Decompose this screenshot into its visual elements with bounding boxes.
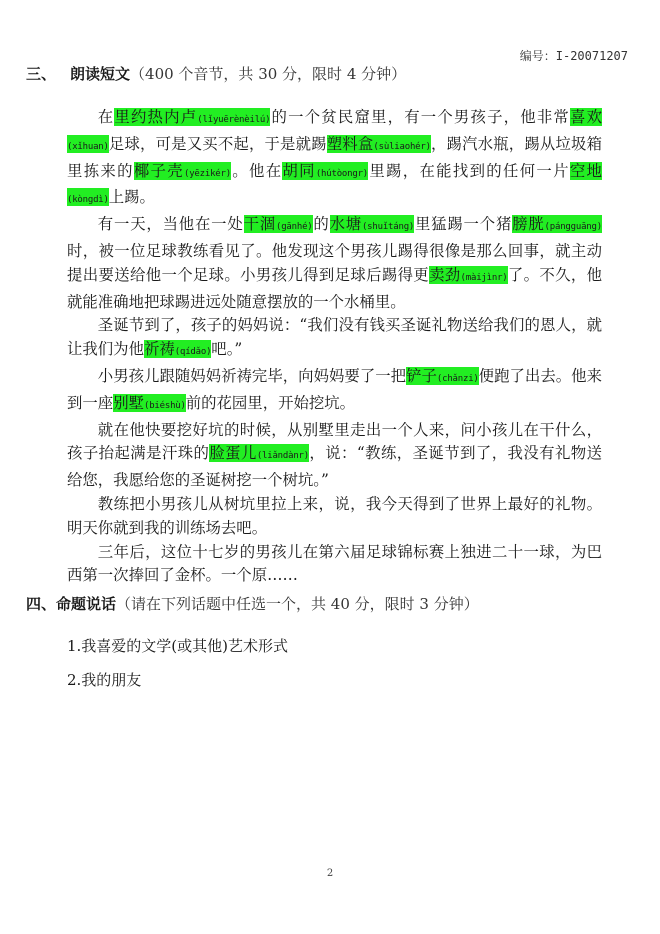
passage-paragraph: 教练把小男孩儿从树坑里拉上来，说，我今天得到了世界上最好的礼物。明天你就到我的训… — [67, 493, 602, 541]
pinyin-annotation: (kòngdì) — [67, 195, 109, 205]
passage-text: 前的花园里，开始挖坑。 — [186, 394, 355, 412]
highlighted-word-text: 水塘 — [330, 215, 362, 233]
passage-text: 。他在 — [231, 162, 282, 180]
highlighted-word-text: 膀胱 — [512, 215, 544, 233]
pinyin-annotation: (chǎnzi) — [437, 374, 479, 384]
highlighted-word: 卖劲(màijìnr) — [429, 266, 507, 284]
highlighted-word: 铲子(chǎnzi) — [406, 367, 479, 385]
highlighted-word-text: 里约热内卢 — [114, 108, 197, 126]
reading-passage: 在里约热内卢(lǐyuērènèilú)的一个贫民窟里，有一个男孩子，他非常喜欢… — [67, 106, 602, 588]
highlighted-word-text: 祈祷 — [144, 340, 175, 358]
pinyin-annotation: (liǎndànr) — [257, 451, 309, 461]
passage-text: 小男孩儿跟随妈妈祈祷完毕，向妈妈要了一把 — [98, 367, 406, 385]
passage-text: 教练把小男孩儿从树坑里拉上来，说，我今天得到了世界上最好的礼物。明天你就到我的训… — [67, 495, 602, 537]
topic-item: 1.我喜爱的文学(或其他)艺术形式 — [67, 636, 288, 656]
section-3-title: 三、朗读短文（400 个音节，共 30 分，限时 4 分钟） — [26, 64, 406, 84]
passage-text: 的一个贫民窟里，有一个男孩子，他非常 — [270, 108, 570, 126]
passage-paragraph: 小男孩儿跟随妈妈祈祷完毕，向妈妈要了一把铲子(chǎnzi)便跑了出去。他来到一… — [67, 365, 602, 419]
section-4-number: 四、 — [26, 595, 56, 613]
highlighted-word-text: 别墅 — [113, 394, 144, 412]
pinyin-annotation: (lǐyuērènèilú) — [197, 115, 270, 125]
section-4-heading: 命题说话 — [56, 595, 116, 613]
highlighted-word-text: 铲子 — [406, 367, 437, 385]
highlighted-word: 膀胱(pángguāng) — [512, 215, 602, 233]
topic-list: 1.我喜爱的文学(或其他)艺术形式 2.我的朋友 — [67, 636, 288, 704]
passage-text: 在 — [98, 108, 115, 126]
highlighted-word-text: 胡同 — [282, 162, 315, 180]
highlighted-word-text: 干涸 — [244, 215, 276, 233]
highlighted-word: 胡同(hútòongr) — [282, 162, 368, 180]
passage-text: 里猛踢一个猪 — [414, 215, 512, 233]
highlighted-word: 里约热内卢(lǐyuērènèilú) — [114, 108, 270, 126]
passage-paragraph: 在里约热内卢(lǐyuērènèilú)的一个贫民窟里，有一个男孩子，他非常喜欢… — [67, 106, 602, 213]
passage-text: 三年后，这位十七岁的男孩儿在第六届足球锦标赛上独进二十一球，为巴西第一次捧回了金… — [67, 543, 602, 585]
page-number: 2 — [0, 868, 660, 879]
passage-text: 上踢。 — [109, 188, 155, 206]
highlighted-word-text: 脸蛋儿 — [209, 444, 256, 462]
highlighted-word: 塑料盒(sùliaohér) — [327, 135, 431, 153]
pinyin-annotation: (yēzikér) — [184, 169, 231, 179]
pinyin-annotation: (qídǎo) — [175, 347, 212, 357]
highlighted-word: 水塘(shuǐtáng) — [330, 215, 415, 233]
passage-paragraph: 有一天，当他在一处干涸(gānhé)的水塘(shuǐtáng)里猛踢一个猪膀胱(… — [67, 213, 602, 314]
pinyin-annotation: (biéshù) — [144, 401, 186, 411]
pinyin-annotation: (sùliaohér) — [373, 142, 430, 152]
pinyin-annotation: (shuǐtáng) — [362, 222, 414, 232]
highlighted-word-text: 喜欢 — [570, 108, 602, 126]
passage-paragraph: 圣诞节到了，孩子的妈妈说：“我们没有钱买圣诞礼物送给我们的恩人，就让我们为他祈祷… — [67, 314, 602, 365]
highlighted-word: 椰子壳(yēzikér) — [134, 162, 231, 180]
passage-text: 里踢，在能找到的任何一片 — [368, 162, 570, 180]
highlighted-word-text: 椰子壳 — [134, 162, 184, 180]
pinyin-annotation: (gānhé) — [276, 222, 313, 232]
highlighted-word: 别墅(biéshù) — [113, 394, 186, 412]
highlighted-word-text: 塑料盒 — [327, 135, 374, 153]
pinyin-annotation: (xǐhuan) — [67, 142, 109, 152]
section-3-heading: 朗读短文 — [70, 65, 130, 83]
highlighted-word-text: 空地 — [570, 162, 602, 180]
highlighted-word: 干涸(gānhé) — [244, 215, 313, 233]
passage-text: 足球，可是又买不起，于是就踢 — [109, 135, 327, 153]
highlighted-word: 祈祷(qídǎo) — [144, 340, 211, 358]
section-3-note: （400 个音节，共 30 分，限时 4 分钟） — [130, 65, 406, 83]
passage-text: 有一天，当他在一处 — [98, 215, 244, 233]
pinyin-annotation: (màijìnr) — [461, 273, 508, 283]
pinyin-annotation: (pángguāng) — [545, 222, 602, 232]
highlighted-word-text: 卖劲 — [429, 266, 460, 284]
pinyin-annotation: (hútòongr) — [316, 169, 368, 179]
document-serial-number: 编号：I-20071207 — [520, 47, 628, 64]
section-3-number: 三、 — [26, 65, 56, 83]
section-4-title: 四、命题说话（请在下列话题中任选一个，共 40 分，限时 3 分钟） — [26, 594, 479, 614]
section-4-note: （请在下列话题中任选一个，共 40 分，限时 3 分钟） — [116, 595, 479, 613]
passage-text: 吧。” — [211, 340, 242, 358]
highlighted-word: 脸蛋儿(liǎndànr) — [209, 444, 309, 462]
passage-paragraph: 三年后，这位十七岁的男孩儿在第六届足球锦标赛上独进二十一球，为巴西第一次捧回了金… — [67, 541, 602, 589]
passage-paragraph: 就在他快要挖好坑的时候，从别墅里走出一个人来，问小孩儿在干什么，孩子抬起满是汗珠… — [67, 419, 602, 493]
passage-text: 的 — [313, 215, 330, 233]
topic-item: 2.我的朋友 — [67, 670, 288, 690]
